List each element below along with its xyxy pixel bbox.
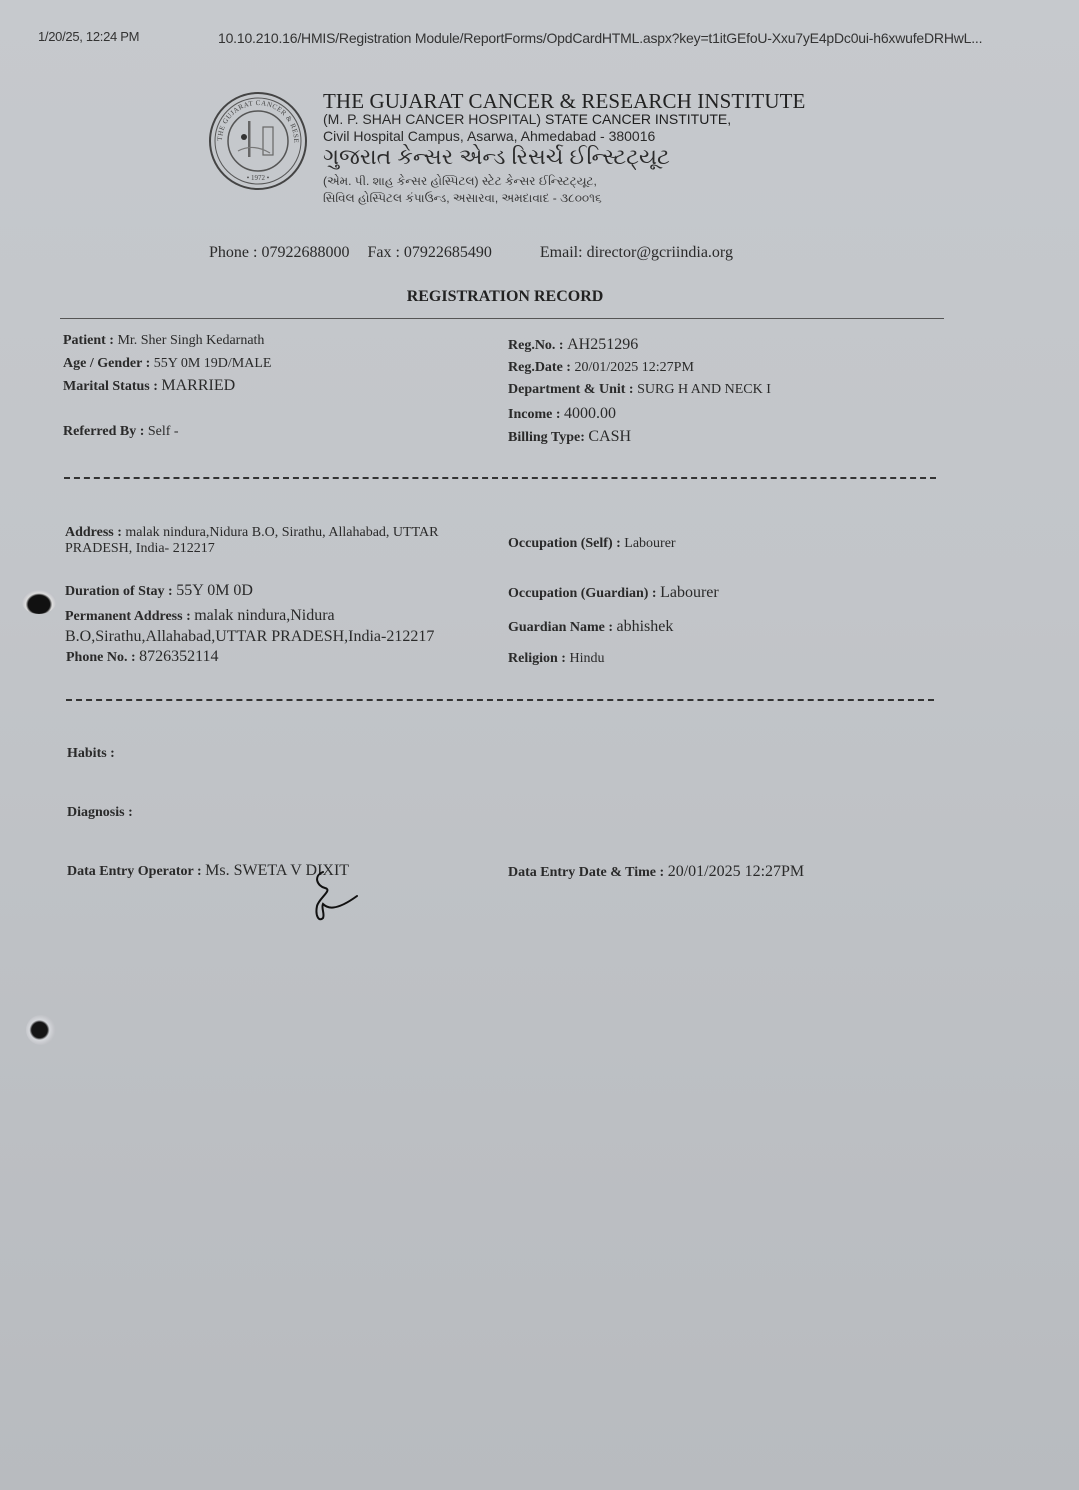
billing-type-label: Billing Type: [508, 430, 588, 445]
contact-line: Phone : 07922688000 Fax : 07922685490 Em… [209, 244, 747, 262]
reg-date-value: 20/01/2025 12:27PM [574, 360, 693, 375]
section-divider [64, 477, 936, 479]
patient-name-label: Patient : [63, 333, 117, 348]
occupation-guardian-label: Occupation (Guardian) : [508, 586, 660, 601]
reg-date-row: Reg.Date : 20/01/2025 12:27PM [508, 360, 694, 376]
guardian-name-label: Guardian Name : [508, 620, 617, 635]
diagnosis-row: Diagnosis : [67, 805, 133, 821]
diagnosis-label: Diagnosis : [67, 805, 133, 820]
operator-label: Data Entry Operator : [67, 864, 205, 879]
income-value: 4000.00 [564, 405, 616, 422]
duration-row: Duration of Stay : 55Y 0M 0D [65, 582, 253, 600]
occupation-self-value: Labourer [624, 536, 675, 551]
billing-type-value: CASH [588, 428, 631, 445]
phone-label: Phone No. : [66, 650, 139, 665]
institute-subtitle-state: STATE CANCER INSTITUTE, [545, 111, 731, 127]
permanent-address-line-1: malak nindura,Nidura [194, 607, 334, 624]
marital-status-value: MARRIED [161, 377, 235, 394]
age-gender-label: Age / Gender : [63, 356, 154, 371]
occupation-guardian-row: Occupation (Guardian) : Labourer [508, 584, 719, 602]
title-divider [60, 318, 944, 319]
department-value: SURG H AND NECK I [637, 382, 771, 397]
religion-label: Religion : [508, 651, 569, 666]
institute-subtitle-gujarati: (એમ. પી. શાહ કેન્સર હોસ્પિટલ) સ્ટેટ કેન્… [323, 174, 597, 189]
religion-value: Hindu [569, 651, 604, 666]
permanent-address-line-2: B.O,Sirathu,Allahabad,UTTAR PRADESH,Indi… [65, 628, 434, 645]
address-row: Address : malak nindura,Nidura B.O, Sira… [65, 525, 438, 557]
marital-status-row: Marital Status : MARRIED [63, 377, 235, 395]
phone-value: 8726352114 [139, 648, 218, 665]
contact-fax: Fax : 07922685490 [367, 244, 491, 261]
age-gender-value: 55Y 0M 19D/MALE [154, 356, 272, 371]
institute-address: Civil Hospital Campus, Asarwa, Ahmedabad… [323, 128, 655, 144]
permanent-address-label: Permanent Address : [65, 609, 194, 624]
referred-by-value: Self - [148, 424, 179, 439]
age-gender-row: Age / Gender : 55Y 0M 19D/MALE [63, 356, 271, 372]
institute-name-gujarati: ગુજરાત કેન્સર એન્ડ રિસર્ચ ઈન્સ્ટિટ્યૂટ [323, 144, 670, 170]
phone-row: Phone No. : 8726352114 [66, 648, 219, 666]
contact-email: Email: director@gcriindia.org [540, 244, 733, 261]
occupation-self-row: Occupation (Self) : Labourer [508, 536, 676, 552]
patient-name-value: Mr. Sher Singh Kedarnath [117, 333, 264, 348]
habits-label: Habits : [67, 746, 115, 761]
guardian-name-value: abhishek [617, 618, 674, 635]
guardian-name-row: Guardian Name : abhishek [508, 618, 673, 636]
reg-no-value: AH251296 [567, 336, 638, 353]
income-label: Income : [508, 407, 564, 422]
entry-time-row: Data Entry Date & Time : 20/01/2025 12:2… [508, 863, 804, 881]
marital-status-label: Marital Status : [63, 379, 161, 394]
reg-date-label: Reg.Date : [508, 360, 574, 375]
entry-time-label: Data Entry Date & Time : [508, 865, 668, 880]
referred-by-label: Referred By : [63, 424, 148, 439]
reg-no-row: Reg.No. : AH251296 [508, 336, 638, 354]
contact-phone: Phone : 07922688000 [209, 244, 349, 261]
address-line-2: PRADESH, India- 212217 [65, 541, 215, 556]
entry-time-value: 20/01/2025 12:27PM [668, 863, 804, 880]
habits-row: Habits : [67, 746, 115, 762]
department-label: Department & Unit : [508, 382, 637, 397]
duration-value: 55Y 0M 0D [176, 582, 253, 599]
department-row: Department & Unit : SURG H AND NECK I [508, 382, 771, 398]
address-label: Address : [65, 525, 125, 540]
religion-row: Religion : Hindu [508, 651, 604, 667]
patient-name-row: Patient : Mr. Sher Singh Kedarnath [63, 333, 264, 349]
punch-hole [26, 1015, 56, 1045]
occupation-self-label: Occupation (Self) : [508, 536, 624, 551]
referred-by-row: Referred By : Self - [63, 424, 179, 440]
occupation-guardian-value: Labourer [660, 584, 719, 601]
permanent-address-row: Permanent Address : malak nindura,Nidura… [65, 606, 434, 648]
record-title: REGISTRATION RECORD [0, 288, 1010, 306]
section-divider [66, 699, 934, 701]
institute-address-gujarati: સિવિલ હોસ્પિટલ કંપાઉન્ડ, અસારવા, અમદાવાદ… [323, 191, 602, 206]
billing-type-row: Billing Type: CASH [508, 428, 631, 446]
address-line-1: malak nindura,Nidura B.O, Sirathu, Allah… [125, 525, 438, 540]
handwritten-signature-icon [305, 868, 365, 924]
svg-text:• 1972 •: • 1972 • [247, 174, 270, 182]
print-timestamp: 1/20/25, 12:24 PM [38, 29, 139, 44]
institute-subtitle: (M. P. SHAH CANCER HOSPITAL) STATE CANCE… [323, 111, 731, 127]
reg-no-label: Reg.No. : [508, 338, 567, 353]
income-row: Income : 4000.00 [508, 405, 616, 423]
print-url: 10.10.210.16/HMIS/Registration Module/Re… [218, 30, 982, 46]
duration-label: Duration of Stay : [65, 584, 176, 599]
institute-subtitle-hospital: (M. P. SHAH CANCER HOSPITAL) [323, 111, 545, 127]
institute-seal-icon: THE GUJARAT CANCER & RESEARCH INSTITUTE … [208, 91, 308, 191]
punch-hole [22, 590, 56, 614]
